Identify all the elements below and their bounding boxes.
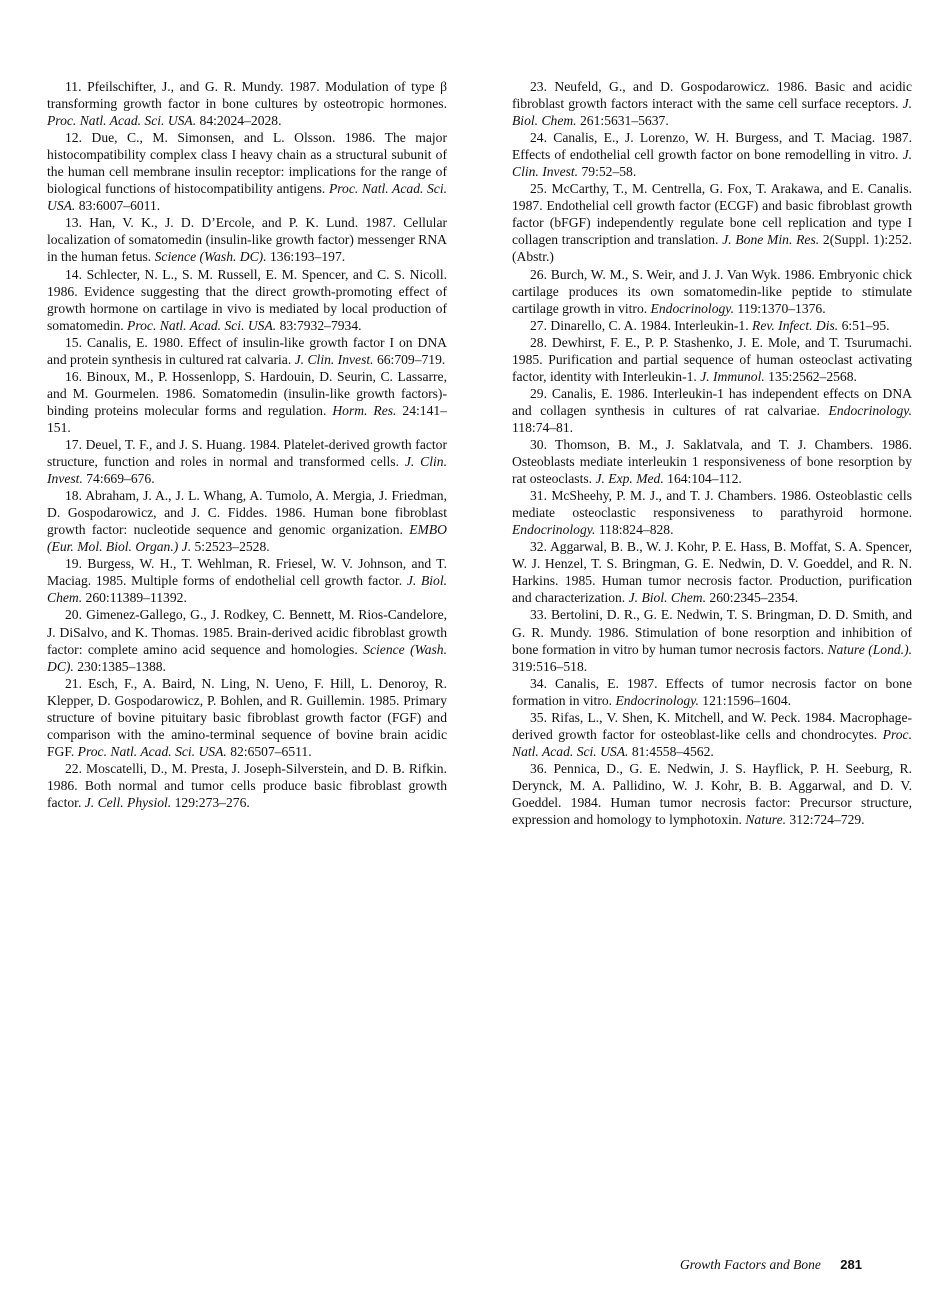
- reference-item: 17. Deuel, T. F., and J. S. Huang. 1984.…: [47, 436, 447, 487]
- reference-item: 16. Binoux, M., P. Hossenlopp, S. Hardou…: [47, 368, 447, 436]
- reference-item: 22. Moscatelli, D., M. Presta, J. Joseph…: [47, 760, 447, 811]
- reference-item: 32. Aggarwal, B. B., W. J. Kohr, P. E. H…: [512, 538, 912, 606]
- reference-item: 13. Han, V. K., J. D. D’Ercole, and P. K…: [47, 214, 447, 265]
- reference-item: 21. Esch, F., A. Baird, N. Ling, N. Ueno…: [47, 675, 447, 760]
- reference-item: 18. Abraham, J. A., J. L. Whang, A. Tumo…: [47, 487, 447, 555]
- running-title: Growth Factors and Bone: [680, 1257, 821, 1272]
- reference-item: 30. Thomson, B. M., J. Saklatvala, and T…: [512, 436, 912, 487]
- references-left-column: 11. Pfeilschifter, J., and G. R. Mundy. …: [47, 78, 447, 811]
- reference-item: 29. Canalis, E. 1986. Interleukin-1 has …: [512, 385, 912, 436]
- reference-item: 36. Pennica, D., G. E. Nedwin, J. S. Hay…: [512, 760, 912, 828]
- reference-item: 23. Neufeld, G., and D. Gospodarowicz. 1…: [512, 78, 912, 129]
- reference-item: 28. Dewhirst, F. E., P. P. Stashenko, J.…: [512, 334, 912, 385]
- reference-item: 12. Due, C., M. Simonsen, and L. Olsson.…: [47, 129, 447, 214]
- reference-item: 25. McCarthy, T., M. Centrella, G. Fox, …: [512, 180, 912, 265]
- reference-item: 34. Canalis, E. 1987. Effects of tumor n…: [512, 675, 912, 709]
- reference-item: 24. Canalis, E., J. Lorenzo, W. H. Burge…: [512, 129, 912, 180]
- references-right-column: 23. Neufeld, G., and D. Gospodarowicz. 1…: [512, 78, 912, 828]
- page-footer: Growth Factors and Bone 281: [680, 1257, 862, 1273]
- reference-item: 11. Pfeilschifter, J., and G. R. Mundy. …: [47, 78, 447, 129]
- reference-item: 35. Rifas, L., V. Shen, K. Mitchell, and…: [512, 709, 912, 760]
- reference-item: 20. Gimenez-Gallego, G., J. Rodkey, C. B…: [47, 606, 447, 674]
- reference-item: 15. Canalis, E. 1980. Effect of insulin-…: [47, 334, 447, 368]
- reference-item: 27. Dinarello, C. A. 1984. Interleukin-1…: [512, 317, 912, 334]
- page-number: 281: [840, 1257, 862, 1272]
- reference-item: 19. Burgess, W. H., T. Wehlman, R. Fries…: [47, 555, 447, 606]
- reference-item: 31. McSheehy, P. M. J., and T. J. Chambe…: [512, 487, 912, 538]
- reference-item: 26. Burch, W. M., S. Weir, and J. J. Van…: [512, 266, 912, 317]
- reference-item: 33. Bertolini, D. R., G. E. Nedwin, T. S…: [512, 606, 912, 674]
- reference-item: 14. Schlecter, N. L., S. M. Russell, E. …: [47, 266, 447, 334]
